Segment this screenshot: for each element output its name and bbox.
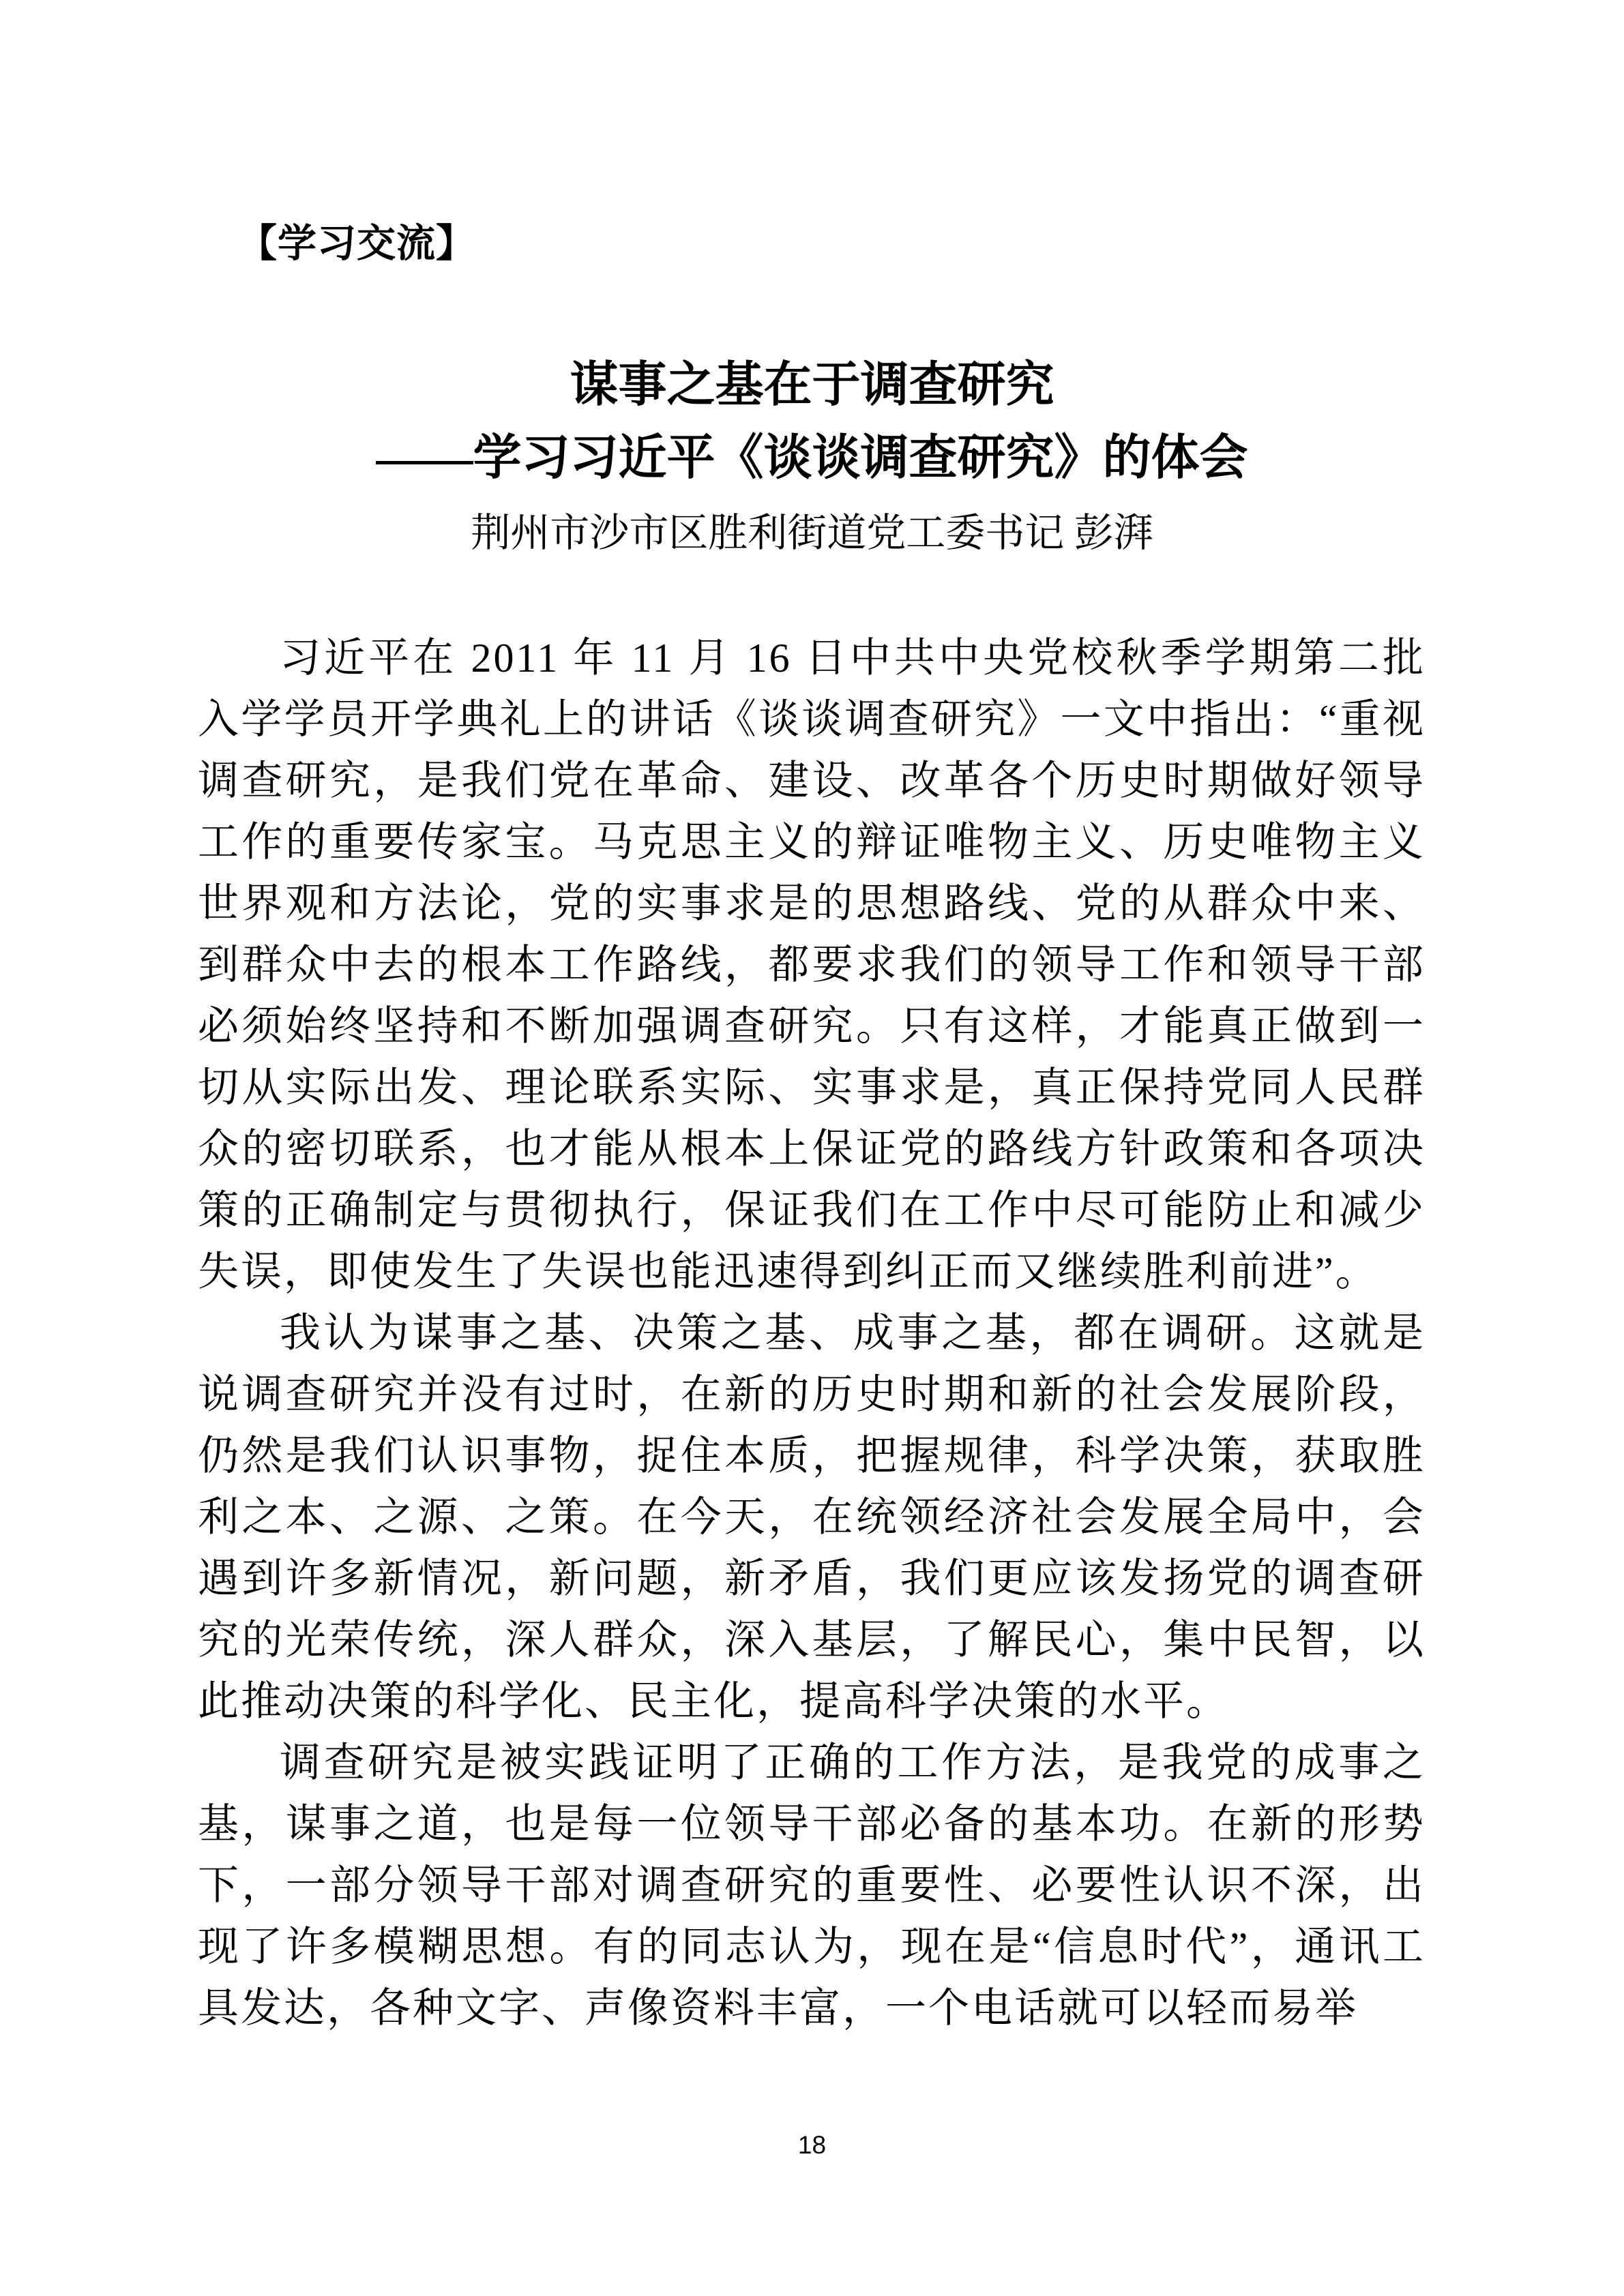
section-tag: 【学习交流】 [238,217,475,270]
author-byline: 荆州市沙市区胜利街道党工委书记 彭湃 [0,506,1624,561]
body-paragraphs: 习近平在 2011 年 11 月 16 日中共中央党校秋季学期第二批入学学员开学… [198,627,1426,2039]
paragraph: 调查研究是被实践证明了正确的工作方法，是我党的成事之基，谋事之道，也是每一位领导… [198,1732,1426,2039]
paragraph: 我认为谋事之基、决策之基、成事之基，都在调研。这就是说调查研究并没有过时，在新的… [198,1302,1426,1732]
document-title-line1: 谋事之基在于调查研究 [0,349,1624,422]
document-page: 【学习交流】 谋事之基在于调查研究 ——学习习近平《谈谈调查研究》的体会 荆州市… [0,0,1624,2296]
document-title-line2: ——学习习近平《谈谈调查研究》的体会 [0,422,1624,495]
page-number: 18 [0,2129,1624,2162]
paragraph: 习近平在 2011 年 11 月 16 日中共中央党校秋季学期第二批入学学员开学… [198,627,1426,1302]
title-block: 谋事之基在于调查研究 ——学习习近平《谈谈调查研究》的体会 [0,349,1624,495]
